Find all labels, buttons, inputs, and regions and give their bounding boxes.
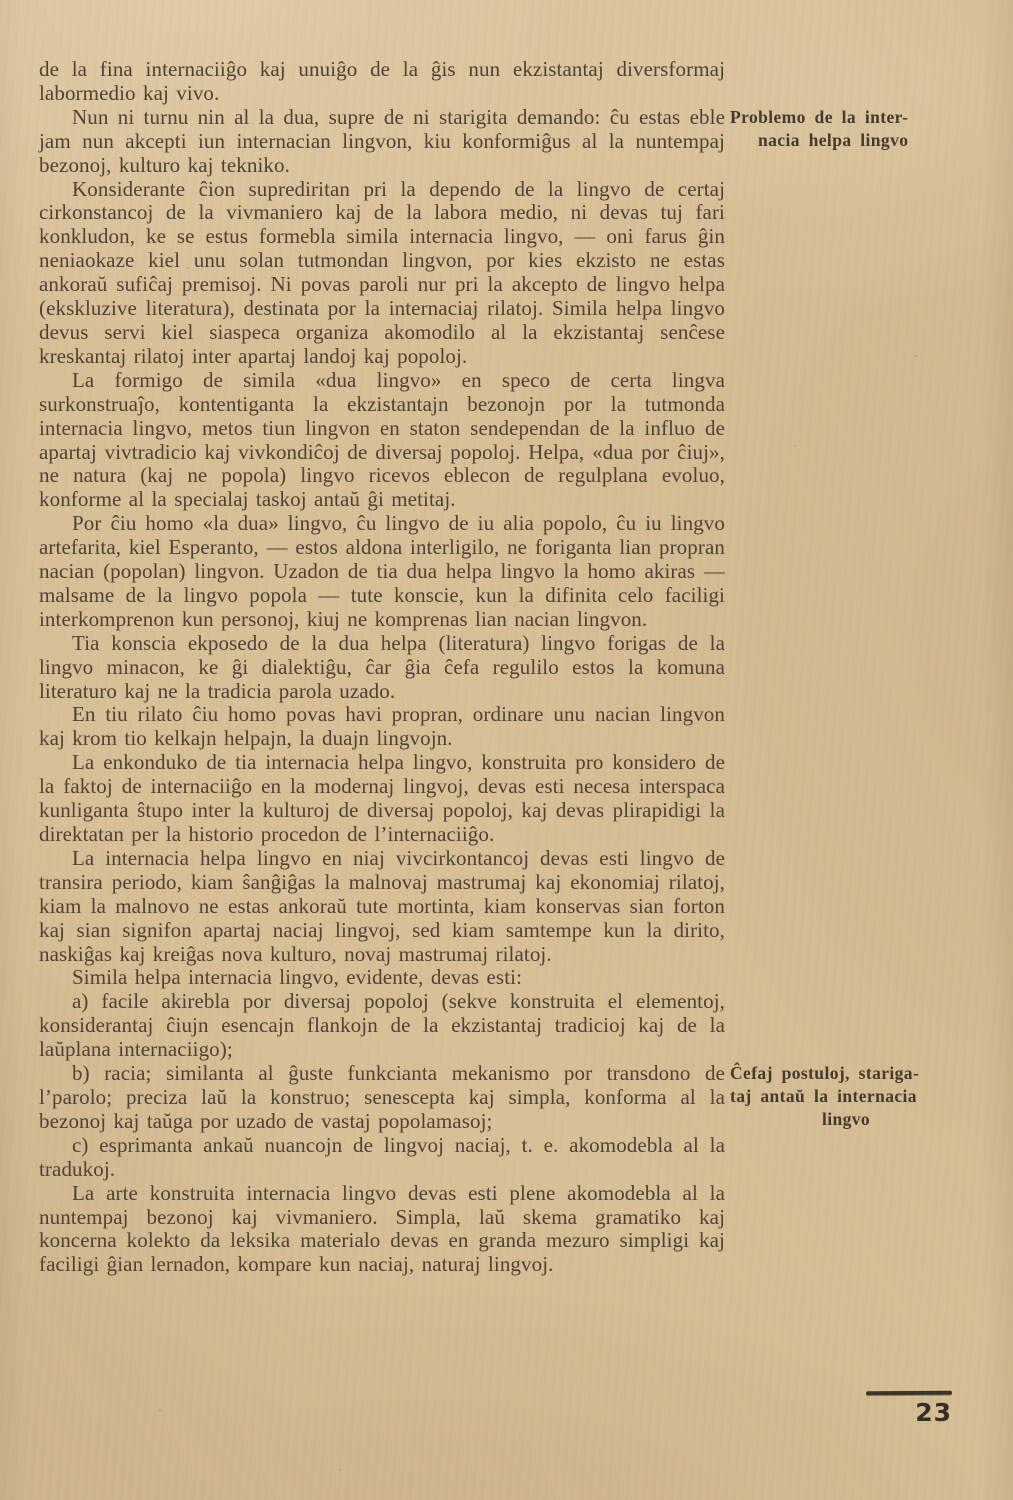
body-paragraph: Simila helpa internacia lingvo, evidente… (39, 966, 725, 990)
margin-note-line: taj antaŭ la internacia (730, 1085, 962, 1108)
margin-note-postuloj: Ĉefaj postuloj, stariga- taj antaŭ la in… (730, 1062, 962, 1131)
margin-note-problemo: Problemo de la inter- nacia helpa lingvo (730, 106, 962, 152)
body-paragraph: La formigo de simila «dua lingvo» en spe… (39, 369, 725, 512)
footer-rule (866, 1391, 952, 1396)
margin-note-line: Ĉefaj postuloj, stariga- (730, 1062, 962, 1085)
body-paragraph: La internacia helpa lingvo en niaj vivci… (39, 847, 725, 967)
body-paragraph: Tia konscia ekposedo de la dua helpa (li… (39, 632, 725, 704)
body-paragraph: Por ĉiu homo «la dua» lingvo, ĉu lingvo … (39, 512, 725, 632)
body-paragraph: La enkonduko de tia internacia helpa lin… (39, 751, 725, 847)
body-paragraph: Nun ni turnu nin al la dua, supre de ni … (39, 106, 725, 178)
body-paragraph-item-c: c) esprimanta ankaŭ nuancojn de lingvoj … (39, 1134, 725, 1182)
page-number: 23 (866, 1398, 952, 1428)
book-page-scan: de la fina internaciiĝo kaj unuiĝo de la… (0, 0, 1013, 1500)
body-paragraph: de la fina internaciiĝo kaj unuiĝo de la… (39, 58, 725, 106)
margin-note-line: Problemo de la inter- (730, 106, 962, 129)
body-paragraph: La arte konstruita internacia lingvo dev… (39, 1182, 725, 1278)
margin-note-line: nacia helpa lingvo (730, 129, 962, 152)
body-text-column: de la fina internaciiĝo kaj unuiĝo de la… (39, 58, 725, 1277)
body-paragraph-item-a: a) facile akirebla por diversaj popoloj … (39, 990, 725, 1062)
body-paragraph: En tiu rilato ĉiu homo povas havi propra… (39, 703, 725, 751)
margin-note-line: lingvo (730, 1108, 962, 1131)
body-paragraph: Konsiderante ĉion suprediritan pri la de… (39, 178, 725, 369)
body-paragraph-item-b: b) racia; similanta al ĝuste funkcianta … (39, 1062, 725, 1134)
